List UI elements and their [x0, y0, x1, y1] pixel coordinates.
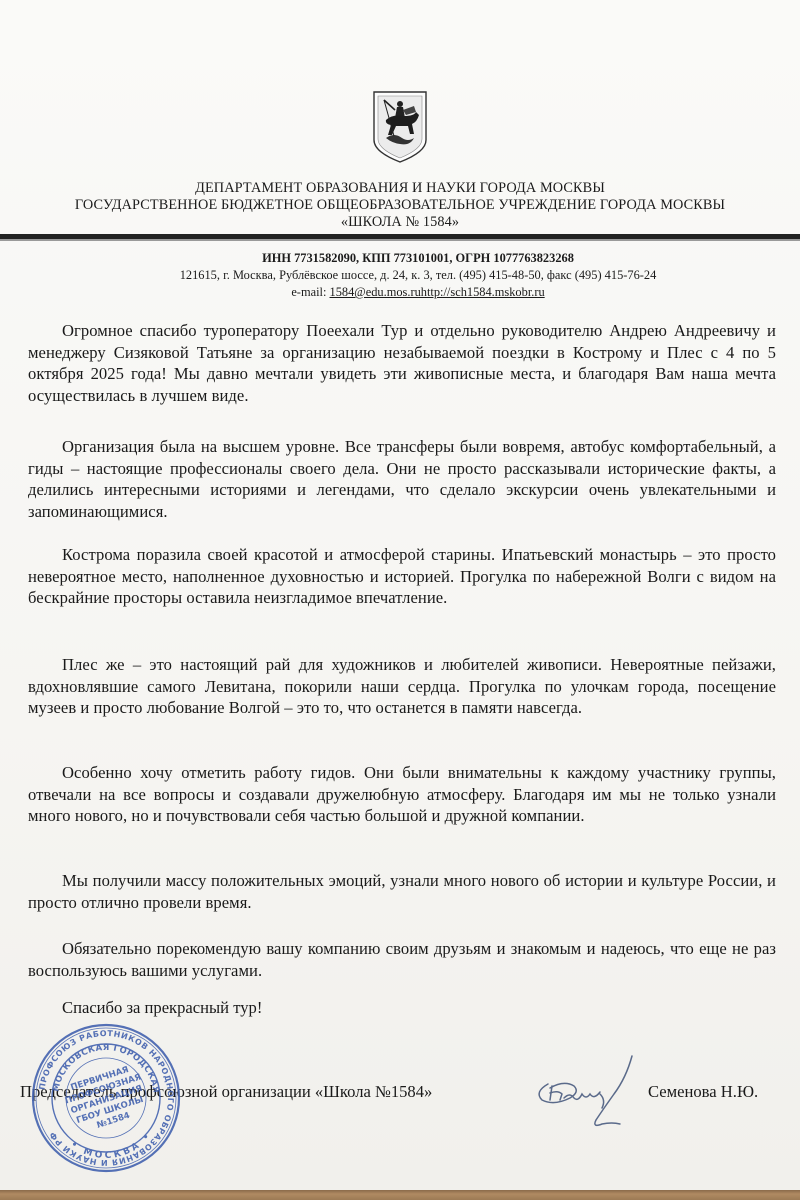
- round-seal-stamp-icon: ПРОФСОЮЗ РАБОТНИКОВ НАРОДНОГО ОБРАЗОВАНИ…: [30, 1022, 182, 1174]
- body-paragraph-5: Особенно хочу отметить работу гидов. Они…: [28, 762, 776, 827]
- page-bottom-edge: [0, 1190, 800, 1200]
- letterhead-divider: [0, 234, 800, 239]
- body-paragraph-2: Организация была на высшем уровне. Все т…: [28, 436, 776, 522]
- body-paragraph-3: Кострома поразила своей красотой и атмос…: [28, 544, 776, 609]
- contact-email: e-mail: 1584@edu.mos.ruhttp://sch1584.ms…: [18, 285, 800, 300]
- paragraph-text: Мы получили массу положительных эмоций, …: [28, 870, 776, 913]
- moscow-coat-of-arms-icon: [370, 88, 430, 164]
- closing-line: Спасибо за прекрасный тур!: [62, 998, 262, 1018]
- school-name: «ШКОЛА № 1584»: [0, 214, 800, 231]
- registration-ids: ИНН 7731582090, КПП 773101001, ОГРН 1077…: [18, 251, 800, 266]
- paragraph-text: Плес же – это настоящий рай для художник…: [28, 654, 776, 719]
- paragraph-text: Особенно хочу отметить работу гидов. Они…: [28, 762, 776, 827]
- paragraph-text: Организация была на высшем уровне. Все т…: [28, 436, 776, 522]
- handwritten-signature-icon: [530, 1048, 650, 1148]
- body-paragraph-1: Огромное спасибо туроператору Поеехали Т…: [28, 320, 776, 406]
- paragraph-text: Обязательно порекомендую вашу компанию с…: [28, 938, 776, 981]
- body-paragraph-7: Обязательно порекомендую вашу компанию с…: [28, 938, 776, 981]
- signatory-name: Семенова Н.Ю.: [648, 1082, 758, 1102]
- department-name: ДЕПАРТАМЕНТ ОБРАЗОВАНИЯ И НАУКИ ГОРОДА М…: [0, 180, 800, 197]
- postal-address: 121615, г. Москва, Рублёвское шоссе, д. …: [18, 268, 800, 283]
- letter-page: ДЕПАРТАМЕНТ ОБРАЗОВАНИЯ И НАУКИ ГОРОДА М…: [0, 0, 800, 1190]
- body-paragraph-6: Мы получили массу положительных эмоций, …: [28, 870, 776, 913]
- paragraph-text: Кострома поразила своей красотой и атмос…: [28, 544, 776, 609]
- email-label: e-mail:: [291, 285, 329, 299]
- institution-name: ГОСУДАРСТВЕННОЕ БЮДЖЕТНОЕ ОБЩЕОБРАЗОВАТЕ…: [0, 197, 800, 214]
- email-link[interactable]: 1584@edu.mos.ruhttp://sch1584.mskobr.ru: [330, 285, 545, 299]
- body-paragraph-4: Плес же – это настоящий рай для художник…: [28, 654, 776, 719]
- paragraph-text: Огромное спасибо туроператору Поеехали Т…: [28, 320, 776, 406]
